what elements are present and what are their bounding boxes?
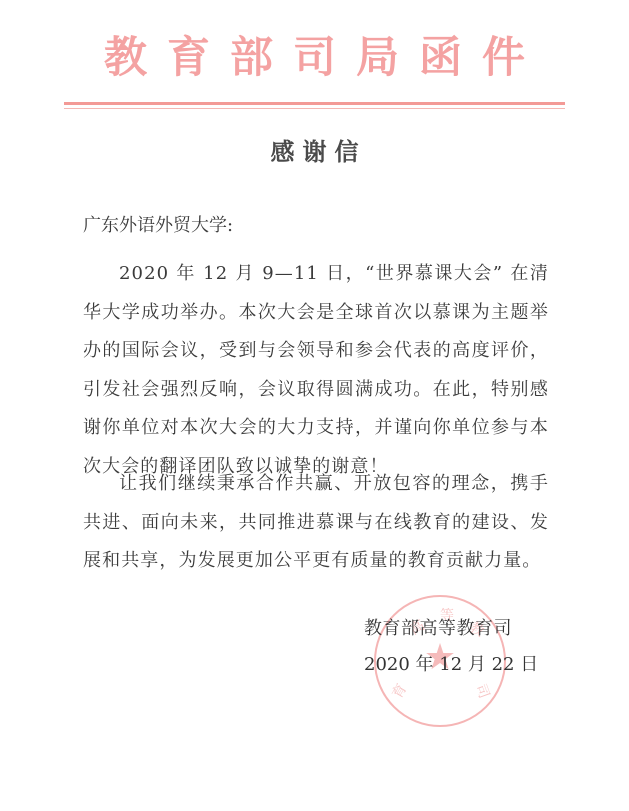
seal-char: 司 xyxy=(471,681,495,701)
seal-char: 育 xyxy=(387,680,411,702)
signature-date: 2020 年 12 月 22 日 xyxy=(364,650,538,676)
paragraph-2: 让我们继续秉承合作共赢、开放包容的理念，携手共进、面向未来，共同推进慕课与在线教… xyxy=(83,465,549,581)
letter-title: 感谢信 xyxy=(0,132,629,167)
salutation: 广东外语外贸大学: xyxy=(83,214,549,238)
letter-page: 教育部司局函件 感谢信 广东外语外贸大学: 2020 年 12 月 9—11 日… xyxy=(0,0,629,811)
paragraph-1: 2020 年 12 月 9—11 日，“世界慕课大会” 在清华大学成功举办。本次… xyxy=(83,255,549,486)
letterhead-title: 教育部司局函件 xyxy=(0,30,629,86)
signature-organization: 教育部高等教育司 xyxy=(364,614,512,640)
letterhead-rule-thin xyxy=(64,108,565,109)
letterhead-rule-thick xyxy=(64,102,565,105)
